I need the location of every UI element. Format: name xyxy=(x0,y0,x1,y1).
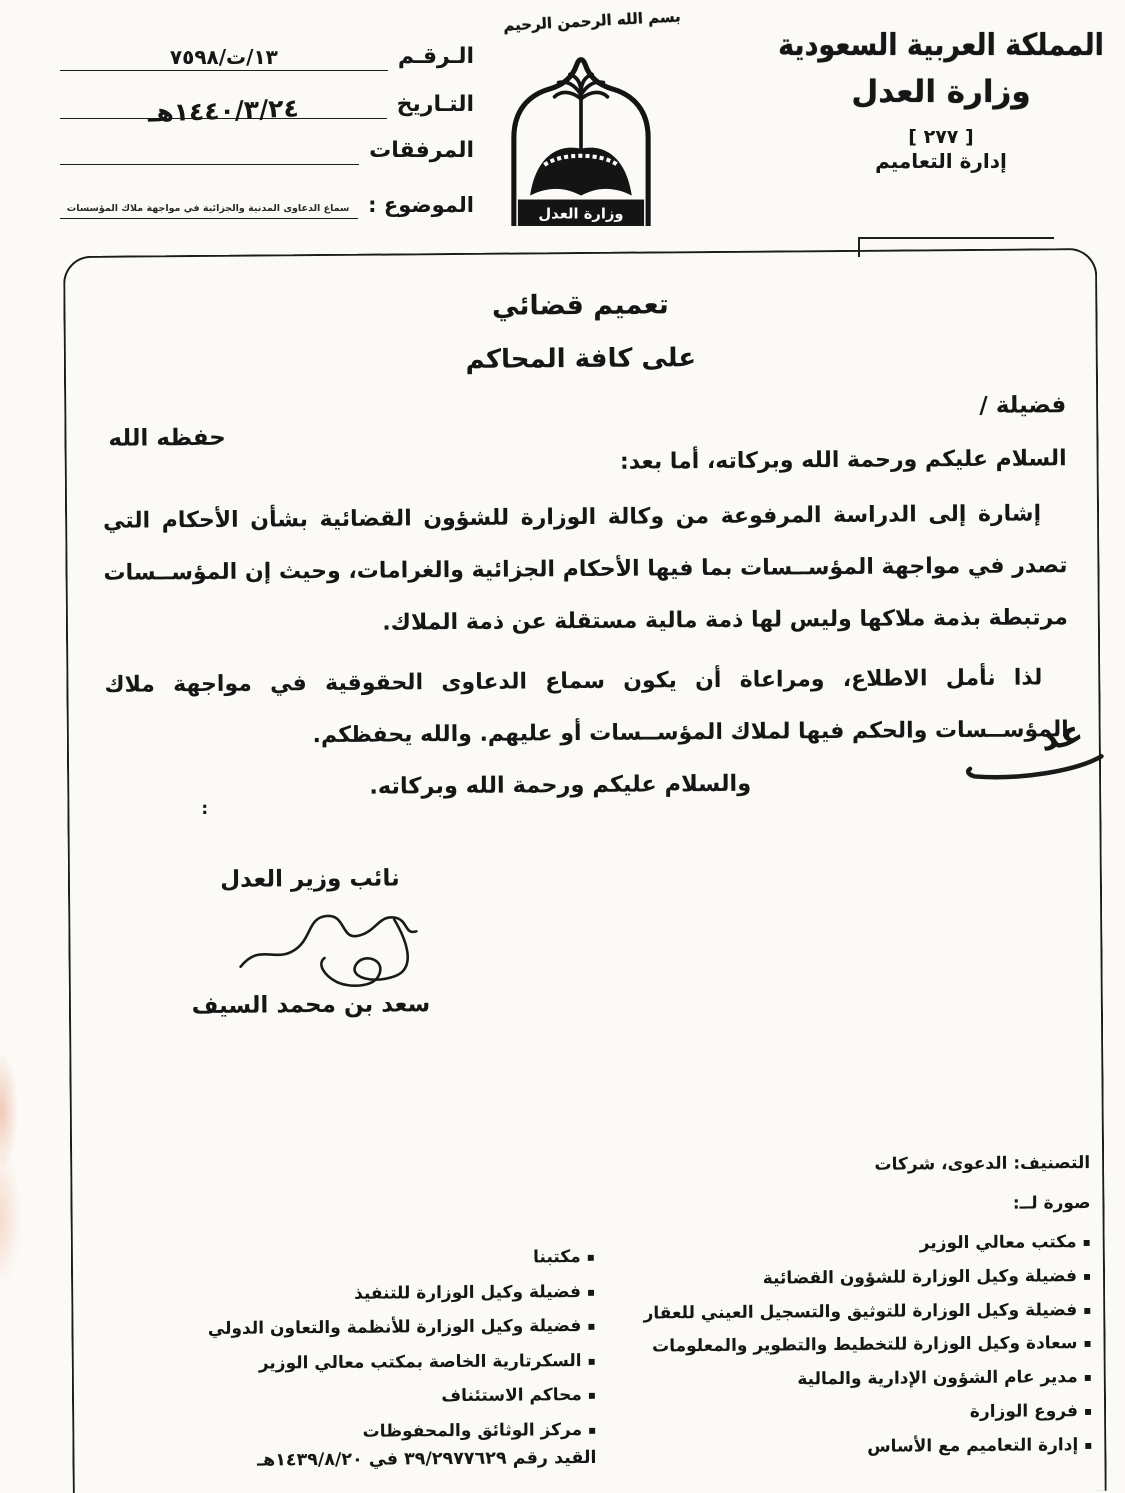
distribution-item: ▪سعادة وكيل الوزارة للتخطيط والتطوير وال… xyxy=(591,1327,1091,1365)
square-bullet-icon: ▪ xyxy=(1083,1303,1091,1317)
handwritten-annotation: عد xyxy=(958,711,1116,797)
department-underline xyxy=(858,237,1054,239)
square-bullet-icon: ▪ xyxy=(588,1354,596,1368)
distribution-item: ▪السكرتارية الخاصة بمكتب معالي الوزير xyxy=(116,1344,596,1382)
distribution-item-label: إدارة التعاميم مع الأساس xyxy=(867,1435,1078,1457)
distribution-item-label: مكتبنا xyxy=(533,1247,581,1267)
date-line: ١٤٤٠/٣/٢٤هـ xyxy=(60,80,387,119)
number-line: ١٣/ت/٧٥٩٨ xyxy=(60,32,388,71)
distribution-item: ▪إدارة التعاميم مع الأساس xyxy=(592,1429,1092,1467)
department-name: إدارة التعاميم xyxy=(765,149,1117,173)
copies-list-right: ▪مكتب معالي الوزير ▪فضيلة وكيل الوزارة ل… xyxy=(591,1226,1093,1466)
attachments-line xyxy=(60,126,359,165)
closing-salutation: والسلام عليكم ورحمة الله وبركاته. xyxy=(369,771,751,800)
distribution-item-label: مدير عام الشؤون الإدارية والمالية xyxy=(797,1367,1078,1389)
basmala-text: بسم الله الرحمن الرحيم xyxy=(494,7,691,35)
stray-ink-mark: : xyxy=(201,799,208,819)
distribution-item-label: مركز الوثائق والمحفوظات xyxy=(362,1420,582,1442)
distribution-item-label: فضيلة وكيل الوزارة للتوثيق والتسجيل العي… xyxy=(644,1300,1078,1323)
subject-label: الموضوع : xyxy=(368,193,474,219)
square-bullet-icon: ▪ xyxy=(1084,1438,1092,1452)
letterhead: المملكة العربية السعودية وزارة العدل [ ٢… xyxy=(765,32,1117,173)
attachments-row: المرفقات xyxy=(56,126,474,165)
distribution-item-label: مكتب معالي الوزير xyxy=(920,1232,1077,1253)
addressee: فضيلة / xyxy=(979,392,1066,419)
subject-note: سماع الدعاوى المدنية والجزائية في مواجهة… xyxy=(54,203,362,214)
distribution-item: ▪مكتبنا xyxy=(115,1240,595,1278)
number-row: الـرقـم ١٣/ت/٧٥٩٨ xyxy=(56,32,474,71)
square-bullet-icon: ▪ xyxy=(588,1388,596,1402)
circular-subtitle: على كافة المحاكم xyxy=(66,340,1096,378)
signature-scribble xyxy=(228,903,451,1001)
distribution-item-label: سعادة وكيل الوزارة للتخطيط والتطوير والم… xyxy=(652,1334,1078,1357)
body-paragraph-2: لذا نأمل الاطلاع، ومراعاة أن يكون سماع ا… xyxy=(104,652,1069,764)
subject-row: الموضوع : سماع الدعاوى المدنية والجزائية… xyxy=(56,170,474,219)
signature-title: نائب وزير العدل xyxy=(188,865,432,893)
date-value-handwritten: ١٤٤٠/٣/٢٤هـ xyxy=(60,90,387,130)
distribution-item: ▪مدير عام الشؤون الإدارية والمالية xyxy=(592,1361,1092,1399)
kingdom-name: المملكة العربية السعودية xyxy=(765,30,1117,62)
copy-to-label: صورة لــ: xyxy=(1013,1193,1091,1214)
distribution-item: ▪فضيلة وكيل الوزارة للأنظمة والتعاون الد… xyxy=(115,1309,595,1347)
distribution-item-label: فضيلة وكيل الوزارة للأنظمة والتعاون الدو… xyxy=(208,1316,582,1339)
logo-banner-text: وزارة العدل xyxy=(538,205,623,222)
subject-line: سماع الدعاوى المدنية والجزائية في مواجهة… xyxy=(60,170,358,219)
classification: التصنيف: الدعوى، شركات xyxy=(874,1153,1090,1175)
distribution-item: ▪فضيلة وكيل الوزارة للتنفيذ xyxy=(115,1275,595,1313)
number-label: الـرقـم xyxy=(398,44,474,71)
salutation: السلام عليكم ورحمة الله وبركاته، أما بعد… xyxy=(620,446,1067,475)
distribution-item: ▪مكتب معالي الوزير xyxy=(591,1226,1091,1264)
copies-list-left: ▪مكتبنا ▪فضيلة وكيل الوزارة للتنفيذ ▪فضي… xyxy=(115,1240,597,1451)
number-value: ١٣/ت/٧٥٩٨ xyxy=(60,45,388,69)
distribution-item-label: محاكم الاستئناف xyxy=(441,1385,582,1406)
distribution-item-label: فضيلة وكيل الوزارة للشؤون القضائية xyxy=(763,1266,1077,1288)
ministry-name: وزارة العدل xyxy=(765,74,1117,110)
attachments-label: المرفقات xyxy=(369,138,474,165)
circular-title: تعميم قضائي xyxy=(65,286,1095,325)
distribution-item: ▪فضيلة وكيل الوزارة للتوثيق والتسجيل الع… xyxy=(591,1294,1091,1332)
distribution-item-label: فضيلة وكيل الوزارة للتنفيذ xyxy=(354,1282,581,1304)
date-row: التـاريخ ١٤٤٠/٣/٢٤هـ xyxy=(56,80,474,119)
distribution-item-label: فروع الوزارة xyxy=(970,1401,1078,1422)
body-paragraph-1: إشارة إلى الدراسة المرفوعة من وكالة الوز… xyxy=(103,488,1068,652)
square-bullet-icon: ▪ xyxy=(1083,1336,1091,1350)
distribution-item: ▪فروع الوزارة xyxy=(592,1395,1092,1433)
letter-frame: تعميم قضائي على كافة المحاكم فضيلة / حفظ… xyxy=(63,248,1107,1493)
distribution-item-label: السكرتارية الخاصة بمكتب معالي الوزير xyxy=(259,1351,582,1374)
distribution-item: ▪فضيلة وكيل الوزارة للشؤون القضائية xyxy=(591,1260,1091,1298)
square-bullet-icon: ▪ xyxy=(587,1250,595,1264)
square-bullet-icon: ▪ xyxy=(1083,1235,1091,1249)
square-bullet-icon: ▪ xyxy=(1083,1269,1091,1283)
signatory-name: سعد بن محمد السيف xyxy=(149,991,473,1020)
ministry-of-justice-logo: وزارة العدل xyxy=(497,50,665,228)
square-bullet-icon: ▪ xyxy=(587,1285,595,1299)
scan-smudge xyxy=(0,1148,22,1288)
square-bullet-icon: ▪ xyxy=(587,1319,595,1333)
date-label: التـاريخ xyxy=(397,92,474,119)
distribution-item: ▪مركز الوثائق والمحفوظات xyxy=(116,1413,596,1451)
handwritten-mark-text: عد xyxy=(1037,712,1087,760)
circular-index: [ ٢٧٧ ] xyxy=(765,126,1117,148)
square-bullet-icon: ▪ xyxy=(588,1423,596,1437)
blessing: حفظه الله xyxy=(108,425,226,452)
registration-number: القيد رقم ٣٩/٢٩٧٧٦٢٩ في ١٤٣٩/٨/٢٠هـ xyxy=(257,1448,597,1471)
distribution-item: ▪محاكم الاستئناف xyxy=(116,1378,596,1416)
square-bullet-icon: ▪ xyxy=(1084,1370,1092,1384)
square-bullet-icon: ▪ xyxy=(1084,1404,1092,1418)
document-page: الـرقـم ١٣/ت/٧٥٩٨ التـاريخ ١٤٤٠/٣/٢٤هـ ا… xyxy=(0,0,1125,1493)
